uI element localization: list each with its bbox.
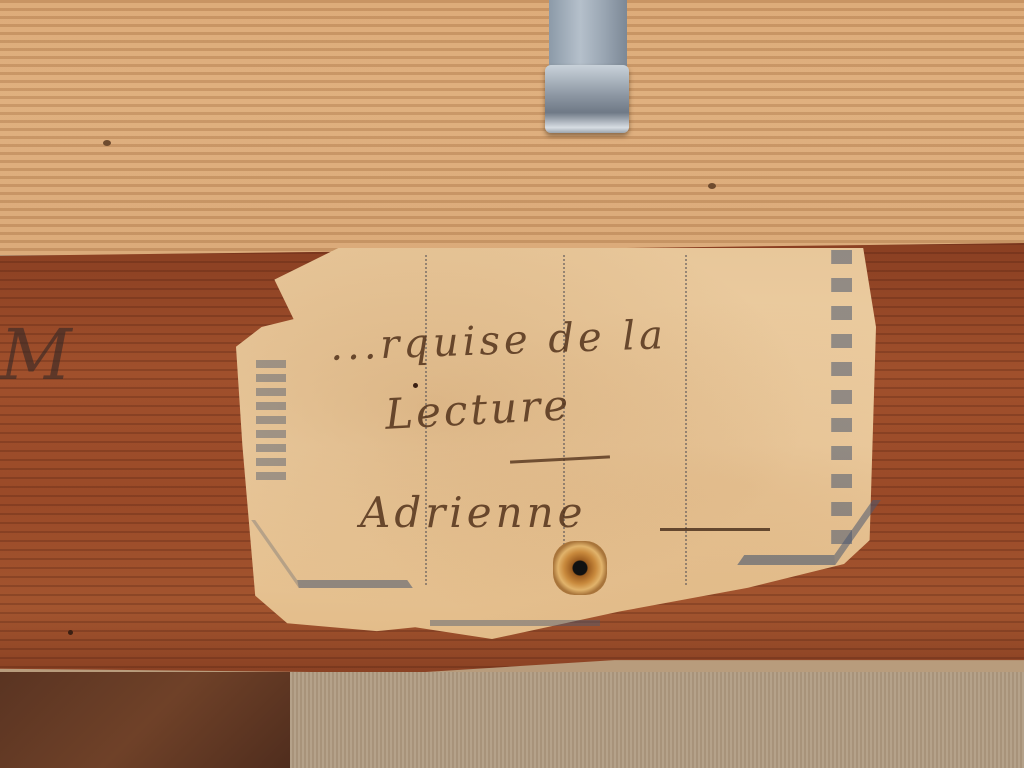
frame-corner <box>0 672 300 768</box>
screw-icon <box>553 541 607 595</box>
hanger-fold <box>545 65 629 133</box>
cardboard-spot <box>708 183 716 189</box>
label-dotted-line <box>685 255 687 585</box>
handwriting-line-2: Lecture <box>384 380 572 439</box>
label-print-border-left <box>256 360 286 480</box>
cardboard-backing <box>0 0 1024 255</box>
handwriting-underline <box>660 528 770 531</box>
nail-hole <box>68 630 73 635</box>
wood-pencil-mark: M <box>0 320 110 420</box>
photo-scene: M ...rquise de la Lecture Adrienne <box>0 0 1024 768</box>
hanger-clip-icon <box>545 0 631 132</box>
ink-spot <box>413 383 418 388</box>
handwriting-line-3: Adrienne <box>360 488 587 537</box>
cardboard-spot <box>103 140 111 146</box>
label-print-line <box>430 620 600 626</box>
canvas-back <box>290 672 1024 768</box>
